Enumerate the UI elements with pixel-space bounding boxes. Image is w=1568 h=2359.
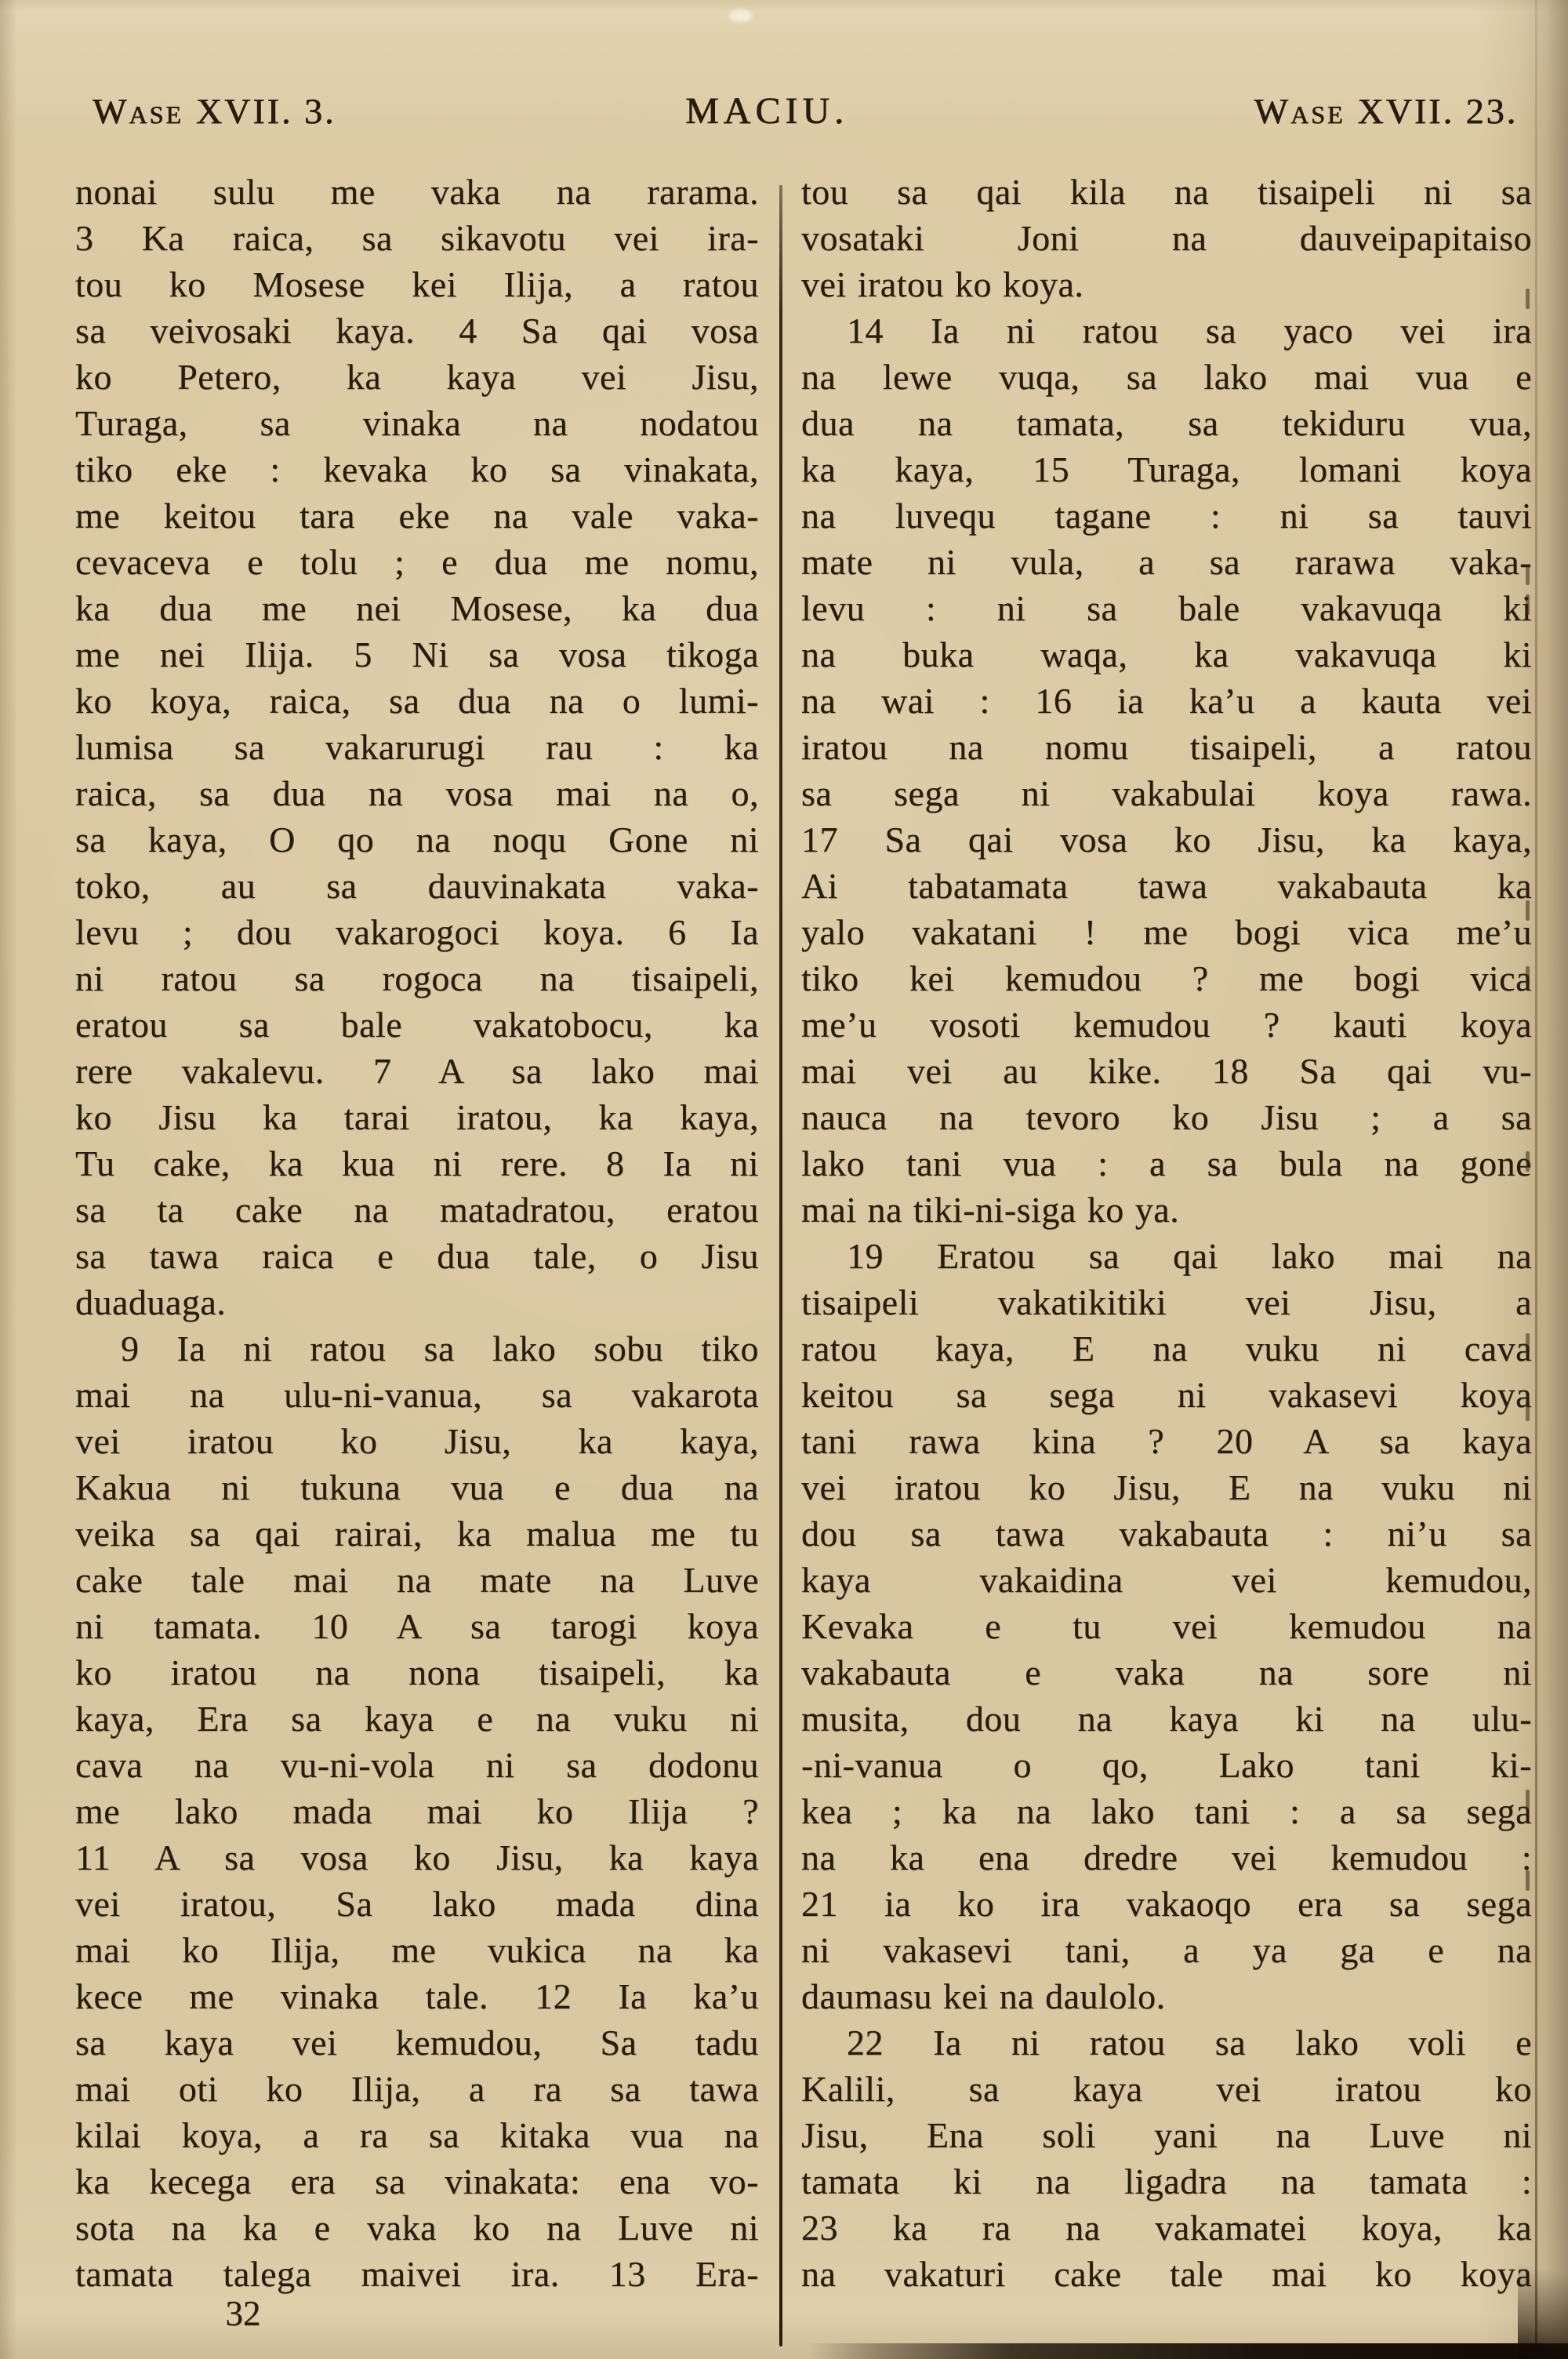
text-line: mai vei au kike. 18 Sa qai vu- [801,1048,1532,1094]
book-page: WaseXVII. 3. MACIU. WaseXVII. 23. nonai … [0,0,1568,2359]
text-line: Kevaka e tu vei kemudou na [801,1603,1532,1649]
text-line: na luvequ tagane : ni sa tauvi [801,493,1532,539]
text-line: Jisu, Ena soli yani na Luve ni [801,2112,1532,2158]
text-line: ratou kaya, E na vuku ni cava [801,1325,1532,1372]
running-head-right-ref: XVII. 23. [1357,91,1518,131]
text-line: ni tamata. 10 A sa tarogi koya [75,1603,759,1649]
running-head-left-ref: XVII. 3. [196,91,336,131]
column-left: nonai sulu me vaka na rarama.3 Ka raica,… [75,169,759,2297]
text-line: 23 ka ra na vakamatei koya, ka [801,2205,1532,2251]
running-head-title: MACIU. [685,89,848,133]
text-line: vosataki Joni na dauveipapitaiso [801,215,1532,261]
text-line: sa kaya, O qo na noqu Gone ni [75,816,759,863]
text-line: Kakua ni tukuna vua e dua na [75,1464,759,1510]
text-line: na vakaturi cake tale mai ko koya [801,2251,1532,2297]
text-line: veika sa qai rairai, ka malua me tu [75,1510,759,1557]
text-line: me’u vosoti kemudou ? kauti koya [801,1001,1532,1048]
text-line: Kalili, sa kaya vei iratou ko [801,2066,1532,2112]
text-line: na lewe vuqa, sa lako mai vua e [801,354,1532,400]
text-line: 19 Eratou sa qai lako mai na [801,1233,1532,1279]
column-divider [779,185,782,2346]
text-line: Ai tabatamata tawa vakabauta ka [801,863,1532,909]
text-line: sa kaya vei kemudou, Sa tadu [75,2019,759,2066]
text-line: mate ni vula, a sa rarawa vaka- [801,539,1532,585]
text-line: 11 A sa vosa ko Jisu, ka kaya [75,1834,759,1881]
text-line: tou sa qai kila na tisaipeli ni sa [801,169,1532,215]
text-line: kaya, Era sa kaya e na vuku ni [75,1696,759,1742]
text-line: lako tani vua : a sa bula na gone [801,1140,1532,1187]
text-line: musita, dou na kaya ki na ulu- [801,1696,1532,1742]
text-line: na wai : 16 ia ka’u a kauta vei [801,678,1532,724]
text-line: keitou sa sega ni vakasevi koya [801,1372,1532,1418]
text-line: tani rawa kina ? 20 A sa kaya [801,1418,1532,1464]
paper-spot [729,9,753,22]
text-line: tisaipeli vakatikitiki vei Jisu, a [801,1279,1532,1325]
text-line: 9 Ia ni ratou sa lako sobu tiko [75,1325,759,1372]
text-line: vei iratou ko Jisu, E na vuku ni [801,1464,1532,1510]
text-line: daumasu kei na daulolo. [801,1973,1532,2019]
text-line: duaduaga. [75,1279,759,1325]
page-number: 32 [192,2291,294,2337]
text-line: kea ; ka na lako tani : a sa sega [801,1788,1532,1834]
text-line: mai oti ko Ilija, a ra sa tawa [75,2066,759,2112]
text-line: yalo vakatani ! me bogi vica me’u [801,909,1532,955]
text-line: na buka waqa, ka vakavuqa ki [801,631,1532,678]
text-line: mai na tiki-ni-siga ko ya. [801,1187,1532,1233]
text-line: ni ratou sa rogoca na tisaipeli, [75,955,759,1001]
text-line: nonai sulu me vaka na rarama. [75,169,759,215]
column-right: tou sa qai kila na tisaipeli ni savosata… [801,169,1532,2297]
text-line: me keitou tara eke na vale vaka- [75,493,759,539]
text-line: Turaga, sa vinaka na nodatou [75,400,759,446]
text-line: ko koya, raica, sa dua na o lumi- [75,678,759,724]
text-line: dua na tamata, sa tekiduru vua, [801,400,1532,446]
text-line: levu ; dou vakarogoci koya. 6 Ia [75,909,759,955]
text-line: mai na ulu-ni-vanua, sa vakarota [75,1372,759,1418]
text-line: iratou na nomu tisaipeli, a ratou [801,724,1532,770]
text-line: ko iratou na nona tisaipeli, ka [75,1649,759,1696]
text-line: levu : ni sa bale vakavuqa ki [801,585,1532,631]
running-head-left: WaseXVII. 3. [93,89,336,133]
text-line: dou sa tawa vakabauta : ni’u sa [801,1510,1532,1557]
text-line: Tu cake, ka kua ni rere. 8 Ia ni [75,1140,759,1187]
text-line: 21 ia ko ira vakaoqo era sa sega [801,1881,1532,1927]
text-line: 14 Ia ni ratou sa yaco vei ira [801,307,1532,354]
text-line: vei iratou ko koya. [801,261,1532,307]
running-head-right-word: Wase [1254,91,1345,131]
text-line: cake tale mai na mate na Luve [75,1557,759,1603]
text-line: kilai koya, a ra sa kitaka vua na [75,2112,759,2158]
page-edge-crease [1535,0,1537,2359]
text-line: mai ko Ilija, me vukica na ka [75,1927,759,1973]
text-line: sa tawa raica e dua tale, o Jisu [75,1233,759,1279]
running-head-right: WaseXVII. 23. [1254,89,1518,133]
text-line: rere vakalevu. 7 A sa lako mai [75,1048,759,1094]
text-line: ka dua me nei Mosese, ka dua [75,585,759,631]
text-line: tamata talega maivei ira. 13 Era- [75,2251,759,2297]
text-line: toko, au sa dauvinakata vaka- [75,863,759,909]
text-line: 22 Ia ni ratou sa lako voli e [801,2019,1532,2066]
text-line: sota na ka e vaka ko na Luve ni [75,2205,759,2251]
text-line: ko Petero, ka kaya vei Jisu, [75,354,759,400]
text-line: sa ta cake na matadratou, eratou [75,1187,759,1233]
text-line: tiko kei kemudou ? me bogi vica [801,955,1532,1001]
page-bottom-shadow [808,2343,1568,2359]
text-line: vei iratou, Sa lako mada dina [75,1881,759,1927]
running-head-left-word: Wase [93,91,183,131]
page-corner-shadow [1518,2210,1568,2359]
text-line: tamata ki na ligadra na tamata : [801,2158,1532,2205]
text-line: raica, sa dua na vosa mai na o, [75,770,759,816]
text-line: eratou sa bale vakatobocu, ka [75,1001,759,1048]
text-line: me lako mada mai ko Ilija ? [75,1788,759,1834]
text-line: ni vakasevi tani, a ya ga e na [801,1927,1532,1973]
text-line: sa veivosaki kaya. 4 Sa qai vosa [75,307,759,354]
text-line: ka kaya, 15 Turaga, lomani koya [801,446,1532,493]
text-line: me nei Ilija. 5 Ni sa vosa tikoga [75,631,759,678]
text-line: 17 Sa qai vosa ko Jisu, ka kaya, [801,816,1532,863]
text-line: na ka ena dredre vei kemudou : [801,1834,1532,1881]
text-line: lumisa sa vakarurugi rau : ka [75,724,759,770]
text-line: ko Jisu ka tarai iratou, ka kaya, [75,1094,759,1140]
text-line: -ni-vanua o qo, Lako tani ki- [801,1742,1532,1788]
text-line: nauca na tevoro ko Jisu ; a sa [801,1094,1532,1140]
text-line: tou ko Mosese kei Ilija, a ratou [75,261,759,307]
text-line: cava na vu-ni-vola ni sa dodonu [75,1742,759,1788]
text-line: vei iratou ko Jisu, ka kaya, [75,1418,759,1464]
text-line: sa sega ni vakabulai koya rawa. [801,770,1532,816]
text-line: kaya vakaidina vei kemudou, [801,1557,1532,1603]
text-line: tiko eke : kevaka ko sa vinakata, [75,446,759,493]
text-line: cevaceva e tolu ; e dua me nomu, [75,539,759,585]
text-line: ka kecega era sa vinakata: ena vo- [75,2158,759,2205]
text-line: 3 Ka raica, sa sikavotu vei ira- [75,215,759,261]
text-line: vakabauta e vaka na sore ni [801,1649,1532,1696]
text-line: kece me vinaka tale. 12 Ia ka’u [75,1973,759,2019]
